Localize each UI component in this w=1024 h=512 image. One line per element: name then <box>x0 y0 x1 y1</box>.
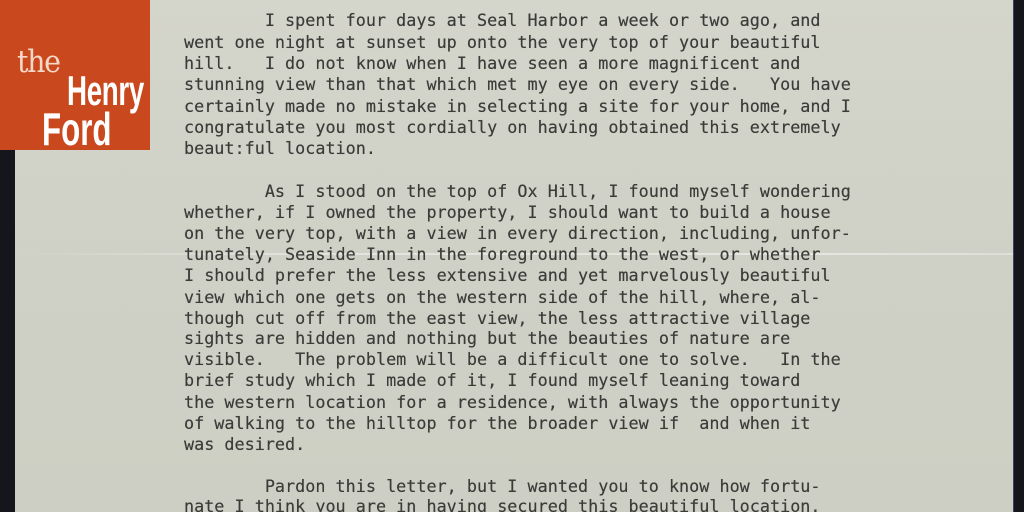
letter-line: tunately, Seaside Inn in the foreground … <box>184 244 821 265</box>
letter-line: the western location for a residence, wi… <box>184 392 841 413</box>
letter-line: on the very top, with a view in every di… <box>184 223 851 244</box>
letter-line: sights are hidden and nothing but the be… <box>184 328 790 349</box>
scan-right-border <box>1013 0 1024 512</box>
letter-line: certainly made no mistake in selecting a… <box>184 96 851 117</box>
logo-the: the <box>17 44 60 80</box>
letter-line: beaut:ful location. <box>184 138 376 159</box>
letter-line: I should prefer the less extensive and y… <box>184 265 831 286</box>
letter-line: hill. I do not know when I have seen a m… <box>184 53 800 74</box>
henry-ford-logo: the Henry Ford <box>0 0 150 150</box>
letter-line: view which one gets on the western side … <box>184 287 821 308</box>
letter-line: though cut off from the east view, the l… <box>184 308 810 329</box>
letter-line: whether, if I owned the property, I shou… <box>184 202 831 223</box>
letter-line: was desired. <box>184 434 305 455</box>
logo-ford: Ford <box>42 106 111 152</box>
letter-line: of walking to the hilltop for the broade… <box>184 413 810 434</box>
letter-line: nate I think you are in having secured t… <box>184 496 821 512</box>
letter-line: I spent four days at Seal Harbor a week … <box>184 10 821 31</box>
letter-line: visible. The problem will be a difficult… <box>184 349 841 370</box>
letter-line: congratulate you most cordially on havin… <box>184 117 841 138</box>
letter-line: went one night at sunset up onto the ver… <box>184 32 821 53</box>
letter-line: stunning view than that which met my eye… <box>184 74 851 95</box>
letter-line: As I stood on the top of Ox Hill, I foun… <box>184 181 851 202</box>
letter-line: brief study which I made of it, I found … <box>184 370 800 391</box>
letter-line: Pardon this letter, but I wanted you to … <box>184 476 821 497</box>
